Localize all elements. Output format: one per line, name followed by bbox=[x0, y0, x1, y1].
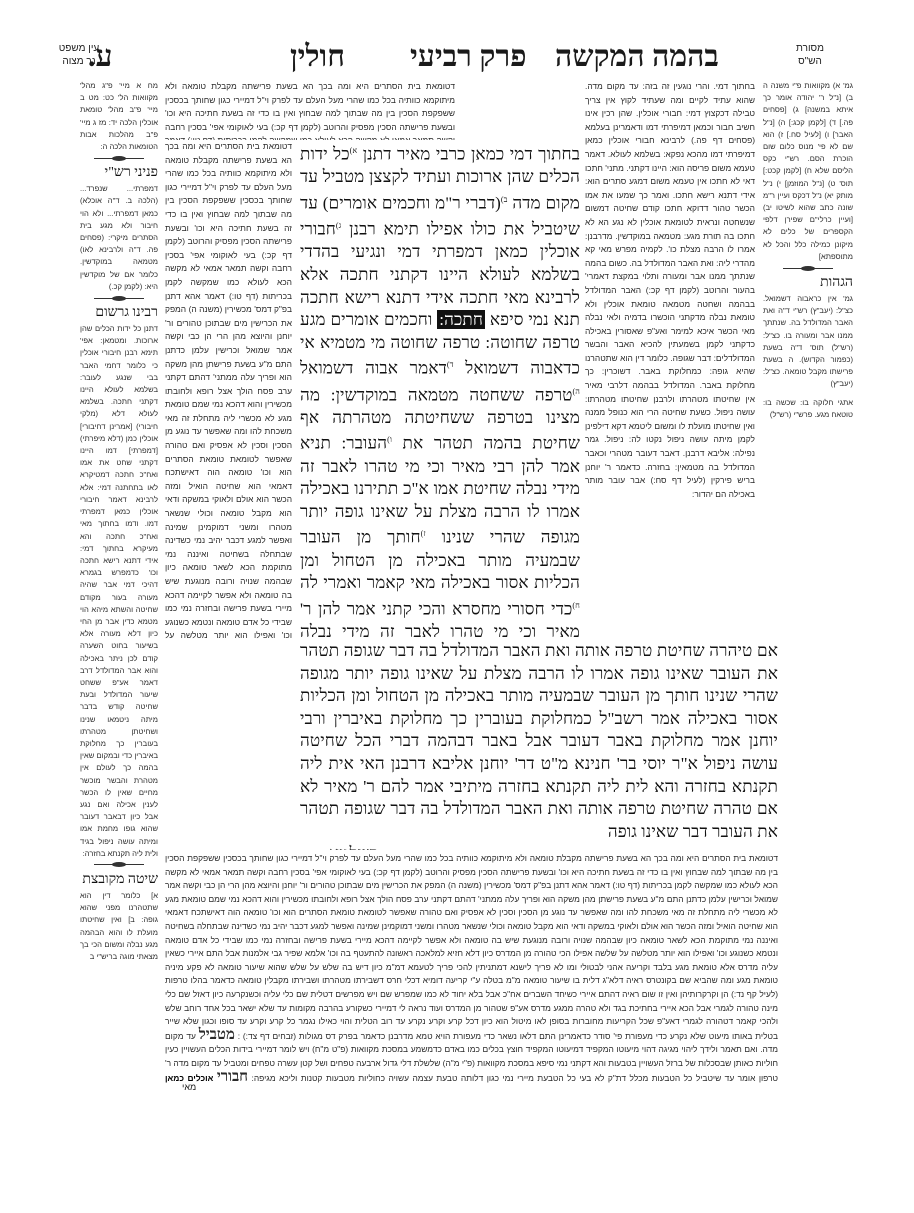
tosafot-text-bottom: דטומאת בית הסתרים היא ומה בכך הא בשעת פר… bbox=[165, 853, 778, 1041]
mesoret-hashas-header: מסורת הש"ס bbox=[775, 42, 845, 68]
shitah-mekubetzet-title: שיטה מקובצת bbox=[80, 870, 158, 890]
section-divider bbox=[763, 263, 853, 273]
highlighted-word: חתכה: bbox=[437, 310, 485, 329]
shitah-mekubetzet-text: א] כלומר דין הוא שתטהרנו מפני שהוא גופה:… bbox=[80, 890, 158, 963]
chapter-number: פרק רביעי bbox=[410, 40, 527, 74]
mesoret-label-2: הש"ס bbox=[775, 55, 845, 68]
left-margin-column: מח א מיי' פ"ג מהל' מקוואות הל' כט: מט ב … bbox=[80, 80, 158, 1090]
gemara-segment: אם טיהרה שחיטת טרפה אותה ואת האבר המדולד… bbox=[300, 641, 778, 841]
gemara-segment: בחתוך דמי כמאן כרבי מאיר דתנן bbox=[357, 145, 580, 164]
penei-rashi-title: פניני רש"י bbox=[80, 163, 158, 183]
gemara-segment: כדי חסורי מחסרא והכי קתני אמר להן ר' מאי… bbox=[300, 600, 580, 640]
tosafot-commentary-bottom: דטומאת בית הסתרים היא ומה בכך הא בשעת פר… bbox=[165, 852, 778, 1084]
ein-mishpat-text: מח א מיי' פ"ג מהל' מקוואות הל' כט: מט ב … bbox=[80, 80, 158, 153]
folio-number: ע. bbox=[88, 40, 148, 74]
mesoret-hashas-text: גמ' א) מקוואות פ"י משנה ה ב) [נ"ל ר' יהו… bbox=[763, 80, 853, 263]
tosafot-commentary-side: דטומאת בית הסתרים היא ומה בכך הא בשעת פר… bbox=[165, 140, 292, 640]
hagahot-title: הגהות bbox=[763, 273, 853, 293]
chapter-name: בהמה המקשה bbox=[555, 40, 719, 74]
cross-reference-marker: ד) bbox=[447, 360, 454, 369]
tosafot-text-side: דטומאת בית הסתרים היא ומה בכך הא בשעת פר… bbox=[165, 141, 292, 640]
cross-reference-marker: ה) bbox=[573, 387, 580, 396]
gemara-closing-word: בשלמא bbox=[300, 843, 778, 850]
section-divider bbox=[80, 293, 158, 303]
rashi-commentary: בחתוך דמי. והרי נוגעין זה בזה: עד מקום מ… bbox=[585, 80, 755, 640]
tractate-name: חולין bbox=[290, 40, 345, 74]
cross-reference-marker: ח) bbox=[572, 601, 580, 610]
gemara-main-text-wide: אם טיהרה שחיטת טרפה אותה ואת האבר המדולד… bbox=[300, 640, 778, 850]
tosafot-dibur-hamatchil: מטביל bbox=[199, 1027, 235, 1043]
tosafot-dibur-hamatchil: חבורי bbox=[217, 1069, 248, 1085]
rabbenu-gershom-text: דתנן כל ידות הכלים שהן ארוכות. ומטמאן: א… bbox=[80, 323, 158, 860]
section-divider bbox=[80, 153, 158, 163]
hagahot-text: גמ' אין כראבוה דשמואל. כצ"ל: (יעב"ץ) רש"… bbox=[763, 293, 853, 391]
gemara-main-text: בחתוך דמי כמאן כרבי מאיר דתנן א)כל ידות … bbox=[300, 140, 580, 640]
rashi-text: בחתוך דמי. והרי נוגעין זה בזה: עד מקום מ… bbox=[585, 81, 755, 499]
gemara-segment: דאמר אבוה דשמואל bbox=[300, 359, 447, 378]
extra-note-text: אתגי חלוקה בו: שכשה בו: טוטאח מגע. פרש"י… bbox=[763, 397, 853, 421]
catchword: מאי bbox=[182, 1082, 196, 1092]
cross-reference-marker: ב) bbox=[501, 195, 508, 204]
rabbenu-gershom-title: רבינו גרשום bbox=[80, 303, 158, 323]
tosafot-commentary-top: דטומאת בית הסתרים היא ומה בכך הא בשעת פר… bbox=[165, 80, 455, 140]
mesoret-label-1: מסורת bbox=[775, 42, 845, 55]
section-divider bbox=[80, 860, 158, 870]
penei-rashi-text: דמפרתי... שנפרד... (הלכה ב. ד"ה אוכלא) כ… bbox=[80, 183, 158, 293]
tosafot-text-top: דטומאת בית הסתרים היא ומה בכך הא בשעת פר… bbox=[165, 81, 455, 140]
